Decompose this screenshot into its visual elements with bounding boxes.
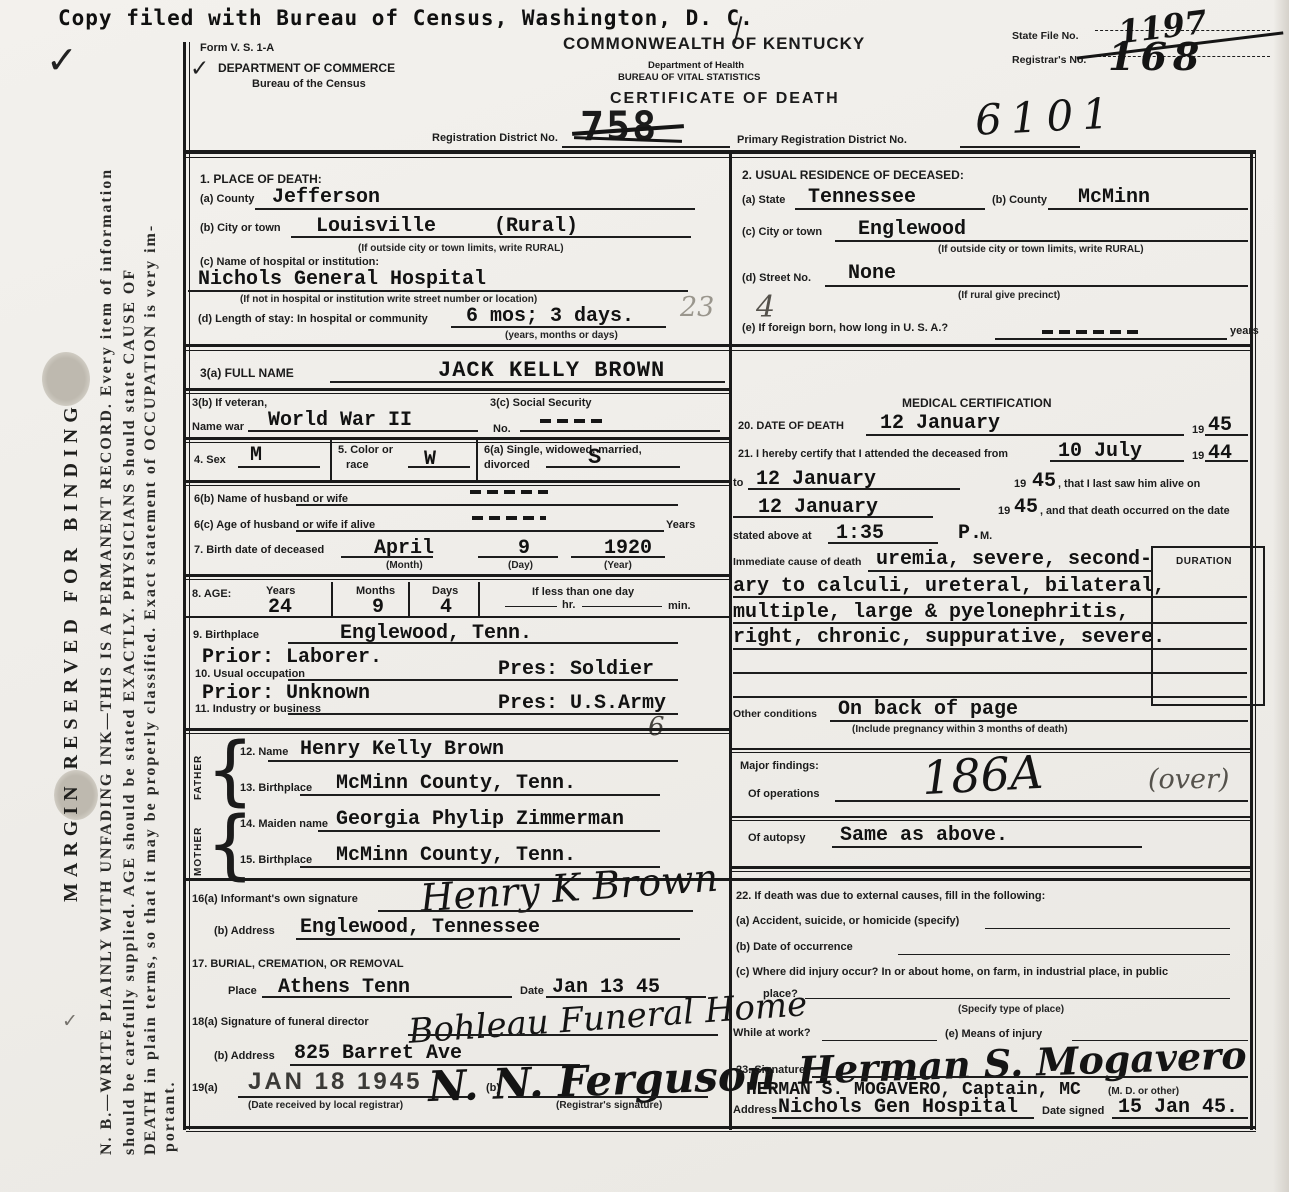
border-left-inner bbox=[189, 42, 190, 1130]
birth-year-hint: (Year) bbox=[604, 560, 632, 571]
cause-line3-value: multiple, large & pyelonephritis, bbox=[733, 601, 1129, 624]
informant-address-value: Englewood, Tennessee bbox=[300, 916, 540, 939]
stay-value: 6 mos; 3 days. bbox=[466, 305, 634, 328]
border-left-outer bbox=[183, 42, 186, 1130]
funeral-director-label: 18(a) Signature of funeral director bbox=[192, 1016, 369, 1028]
row-separator bbox=[731, 816, 1250, 818]
date-received-stamp: JAN 18 1945 bbox=[248, 1068, 422, 1096]
father-birthplace-line bbox=[300, 794, 660, 796]
reg-district-label: Registration District No. bbox=[432, 132, 558, 144]
occupation-line bbox=[288, 679, 678, 681]
attended-from-19: 19 bbox=[1192, 450, 1204, 462]
veteran-war-value: World War II bbox=[268, 409, 412, 432]
mother-name-label: 14. Maiden name bbox=[240, 818, 328, 830]
margin-note-line1: N. B.—WRITE PLAINLY WITH UNFADING INK—TH… bbox=[98, 168, 116, 1155]
registrar-no-value-handwritten: 168 bbox=[1108, 34, 1205, 79]
certify-text-1: 21. I hereby certify that I attended the… bbox=[738, 448, 1008, 460]
primary-district-value-handwritten: 6101 bbox=[974, 88, 1119, 144]
residence-city-hint: (If outside city or town limits, write R… bbox=[938, 244, 1144, 255]
external-c-hint: (Specify type of place) bbox=[958, 1004, 1064, 1015]
row-separator bbox=[186, 437, 729, 440]
street-line bbox=[825, 285, 1248, 287]
place-of-death-title: 1. PLACE OF DEATH: bbox=[200, 172, 322, 186]
funeral-director-line bbox=[408, 1034, 718, 1036]
date-of-death-line bbox=[866, 434, 1184, 436]
hospital-label: (c) Name of hospital or institution: bbox=[200, 256, 379, 268]
burial-title: 17. BURIAL, CREMATION, OR REMOVAL bbox=[192, 958, 404, 970]
duration-label: DURATION bbox=[1176, 556, 1232, 567]
age-hr-line bbox=[505, 606, 557, 607]
spouse-age-years-suffix: Years bbox=[666, 519, 695, 531]
race-line bbox=[408, 466, 470, 468]
external-a-line bbox=[985, 928, 1230, 929]
external-a-label: (a) Accident, suicide, or homicide (spec… bbox=[736, 915, 959, 927]
sex-line bbox=[238, 466, 320, 468]
residence-title: 2. USUAL RESIDENCE OF DECEASED: bbox=[742, 168, 964, 182]
attended-to-line bbox=[748, 488, 960, 490]
external-c-label2: place? bbox=[763, 988, 798, 1000]
primary-district-line bbox=[960, 146, 1080, 148]
date-of-death-19: 19 bbox=[1192, 424, 1204, 436]
of-operations-over-note: (over) bbox=[1148, 764, 1229, 795]
age-label: 8. AGE: bbox=[192, 588, 231, 600]
informant-address-label: (b) Address bbox=[214, 925, 275, 937]
cell-divider bbox=[478, 582, 480, 616]
attended-to-19: 19 bbox=[1014, 478, 1026, 490]
informant-signature-line bbox=[378, 910, 693, 912]
of-operations-value-handwritten: 186A bbox=[921, 745, 1045, 805]
physician-signature-line bbox=[812, 1076, 1248, 1078]
spouse-age-line bbox=[296, 530, 664, 532]
external-c-line bbox=[805, 998, 1230, 999]
margin-binding-note: MARGIN RESERVED FOR BINDING bbox=[60, 401, 83, 902]
marital-label: 6(a) Single, widowed, married, bbox=[484, 444, 642, 456]
physician-address-label: Address bbox=[733, 1104, 777, 1116]
cell-divider bbox=[330, 440, 332, 482]
border-top bbox=[186, 150, 1256, 154]
residence-state-line bbox=[795, 208, 985, 210]
other-conditions-label: Other conditions bbox=[733, 708, 817, 720]
informant-signature-label: 16(a) Informant's own signature bbox=[192, 893, 358, 905]
occupation-prior-value: Prior: Laborer. bbox=[202, 646, 382, 669]
county-label: (a) County bbox=[200, 193, 254, 205]
burial-place-label: Place bbox=[228, 985, 257, 997]
city-label: (b) City or town bbox=[200, 222, 281, 234]
dept-commerce: DEPARTMENT OF COMMERCE bbox=[218, 61, 395, 75]
means-of-injury-label: (e) Means of injury bbox=[945, 1028, 1042, 1040]
dept-health: Department of Health bbox=[648, 60, 744, 71]
certify-text-3: , and that death occurred on the date bbox=[1040, 505, 1230, 517]
date-signed-value: 15 Jan 45. bbox=[1118, 1096, 1238, 1119]
row-separator-inner bbox=[186, 733, 729, 734]
ssn-label: 3(c) Social Security bbox=[490, 397, 592, 409]
physician-address-value: Nichols Gen Hospital bbox=[778, 1096, 1018, 1119]
age-less-than-day-label: If less than one day bbox=[532, 586, 634, 598]
while-at-work-line bbox=[822, 1040, 937, 1041]
industry-prior-value: Prior: Unknown bbox=[202, 682, 370, 705]
row-separator-inner bbox=[186, 393, 729, 394]
mother-name-value: Georgia Phylip Zimmerman bbox=[336, 808, 624, 831]
father-brace: { bbox=[206, 732, 254, 808]
residence-city-value: Englewood bbox=[858, 218, 966, 241]
row-separator-inner bbox=[731, 820, 1250, 821]
of-autopsy-label: Of autopsy bbox=[748, 832, 805, 844]
spouse-name-line bbox=[296, 504, 678, 506]
scan-edge-shadow bbox=[1273, 0, 1289, 1192]
other-conditions-value: On back of page bbox=[838, 698, 1018, 721]
attended-from-year-line bbox=[1205, 460, 1248, 462]
certify-text-2: , that I last saw him alive on bbox=[1058, 478, 1200, 490]
industry-pres-value: Pres: U.S.Army bbox=[498, 692, 666, 715]
hospital-hint: (If not in hospital or institution write… bbox=[240, 294, 537, 305]
column-divider bbox=[729, 152, 732, 1130]
stay-label: (d) Length of stay: In hospital or commu… bbox=[198, 313, 428, 325]
time-pm-typed: P. bbox=[958, 522, 982, 545]
full-name-value: JACK KELLY BROWN bbox=[438, 358, 665, 383]
external-b-line bbox=[898, 954, 1230, 955]
street-hint: (If rural give precinct) bbox=[958, 290, 1060, 301]
residence-county-line bbox=[1048, 208, 1248, 210]
registrar-no-label: Registrar's No. bbox=[1012, 54, 1086, 66]
section-separator bbox=[186, 344, 1252, 347]
race-label2: race bbox=[346, 459, 369, 471]
commonwealth-title: COMMONWEALTH OF KENTUCKY bbox=[563, 34, 865, 54]
of-autopsy-value: Same as above. bbox=[840, 824, 1008, 847]
father-side-label: FATHER bbox=[193, 755, 204, 800]
birth-month-line bbox=[341, 556, 433, 558]
father-name-value: Henry Kelly Brown bbox=[300, 738, 504, 761]
stay-pencil-note: 23 bbox=[680, 292, 714, 323]
county-value: Jefferson bbox=[272, 186, 380, 209]
hospital-value: Nichols General Hospital bbox=[198, 268, 486, 291]
city-line bbox=[291, 236, 691, 238]
time-m-label: M. bbox=[980, 530, 992, 542]
mother-birthplace-label: 15. Birthplace bbox=[240, 854, 312, 866]
major-findings-label: Major findings: bbox=[740, 760, 819, 772]
of-autopsy-line bbox=[832, 846, 1142, 848]
stated-above-label: stated above at bbox=[733, 530, 812, 542]
copy-filed-note: Copy filed with Bureau of Census, Washin… bbox=[58, 6, 754, 30]
medical-certification-title: MEDICAL CERTIFICATION bbox=[902, 396, 1052, 410]
bureau-vital: BUREAU OF VITAL STATISTICS bbox=[618, 72, 760, 83]
other-conditions-hint: (Include pregnancy within 3 months of de… bbox=[852, 724, 1068, 735]
margin-note-line2: should be carefully supplied. AGE should… bbox=[121, 268, 139, 1155]
marital-label2: divorced bbox=[484, 459, 530, 471]
border-top-inner bbox=[186, 157, 1256, 158]
of-operations-label: Of operations bbox=[748, 788, 820, 800]
city-rural-note: (Rural) bbox=[494, 215, 578, 238]
row-separator bbox=[731, 866, 1250, 869]
sex-label: 4. Sex bbox=[194, 454, 226, 466]
cause-line2-value: ary to calculi, ureteral, bilateral, bbox=[733, 575, 1165, 598]
birthplace-label: 9. Birthplace bbox=[193, 629, 259, 641]
bureau-census: Bureau of the Census bbox=[252, 78, 366, 90]
border-bottom-inner bbox=[186, 1131, 1256, 1132]
mother-birthplace-value: McMinn County, Tenn. bbox=[336, 844, 576, 867]
row-separator bbox=[186, 616, 729, 618]
row-separator-wide bbox=[186, 878, 1252, 881]
cause-line4-value: right, chronic, suppurative, severe. bbox=[733, 626, 1165, 649]
attended-to-year: 45 bbox=[1032, 470, 1056, 493]
foreign-born-years-suffix: years bbox=[1230, 325, 1259, 337]
burial-date-label: Date bbox=[520, 985, 544, 997]
registrar-signature-line bbox=[508, 1096, 708, 1098]
city-value: Louisville bbox=[316, 215, 436, 238]
date-of-death-value: 12 January bbox=[880, 412, 1000, 435]
primary-district-label: Primary Registration District No. bbox=[737, 134, 907, 146]
birthplace-line bbox=[288, 642, 678, 644]
physician-address-line bbox=[772, 1117, 1034, 1119]
street-value: None bbox=[848, 262, 896, 285]
burial-place-line bbox=[262, 996, 512, 998]
row-separator bbox=[186, 728, 729, 731]
margin-note-line3: DEATH in plain terms, so that it may be … bbox=[142, 224, 160, 1155]
residence-city-line bbox=[835, 240, 1248, 242]
birth-day-hint: (Day) bbox=[508, 560, 533, 571]
date-received-hint: (Date received by local registrar) bbox=[248, 1100, 403, 1111]
residence-state-value: Tennessee bbox=[808, 186, 916, 209]
date-of-death-year-line bbox=[1205, 434, 1248, 436]
external-c-label1: (c) Where did injury occur? In or about … bbox=[736, 966, 1168, 978]
marital-line bbox=[546, 466, 680, 468]
row-separator bbox=[186, 388, 729, 391]
border-bottom bbox=[186, 1126, 1256, 1129]
foreign-born-dashes bbox=[1042, 330, 1140, 334]
birth-year-line bbox=[571, 556, 665, 558]
last-alive-year: 45 bbox=[1014, 496, 1038, 519]
death-certificate-scan: Copy filed with Bureau of Census, Washin… bbox=[0, 0, 1289, 1192]
foreign-born-label: (e) If foreign born, how long in U. S. A… bbox=[742, 322, 948, 334]
checkmark-pen: ✓ bbox=[190, 56, 209, 82]
physician-signature-label: 23. Signature bbox=[736, 1064, 805, 1076]
birth-month-hint: (Month) bbox=[386, 560, 423, 571]
foreign-born-line bbox=[995, 338, 1227, 340]
spouse-age-dashes bbox=[472, 516, 546, 520]
of-operations-line bbox=[835, 800, 1248, 802]
occupation-pres-value: Pres: Soldier bbox=[498, 658, 654, 681]
last-alive-19: 19 bbox=[998, 505, 1010, 517]
margin-note-line4: portant. bbox=[161, 1080, 179, 1152]
date-of-death-label: 20. DATE OF DEATH bbox=[738, 420, 844, 432]
row-separator bbox=[186, 574, 729, 577]
external-causes-title: 22. If death was due to external causes,… bbox=[736, 890, 1045, 902]
last-alive-line bbox=[733, 516, 933, 518]
funeral-address-label: (b) Address bbox=[214, 1050, 275, 1062]
age-min-label: min. bbox=[668, 600, 691, 612]
state-file-label: State File No. bbox=[1012, 30, 1079, 42]
other-conditions-line bbox=[830, 720, 1248, 722]
cell-divider bbox=[476, 440, 478, 482]
attended-from-line bbox=[1050, 460, 1184, 462]
residence-county-label: (b) County bbox=[992, 194, 1047, 206]
external-b-label: (b) Date of occurrence bbox=[736, 941, 853, 953]
race-label: 5. Color or bbox=[338, 444, 393, 456]
section-separator-inner bbox=[186, 350, 1252, 351]
father-name-line bbox=[268, 760, 678, 762]
immediate-cause-label: Immediate cause of death bbox=[733, 556, 861, 568]
birth-date-label: 7. Birth date of deceased bbox=[194, 544, 324, 556]
father-birthplace-value: McMinn County, Tenn. bbox=[336, 772, 576, 795]
row-separator-inner bbox=[731, 871, 1250, 872]
attended-to-label: to bbox=[733, 477, 743, 489]
registrar-row-label: 19(a) bbox=[192, 1082, 218, 1094]
informant-address-line bbox=[296, 938, 680, 940]
while-at-work-label: While at work? bbox=[733, 1027, 811, 1039]
industry-pen-mark: 6 bbox=[648, 712, 665, 742]
form-number: Form V. S. 1-A bbox=[200, 42, 274, 54]
date-signed-line bbox=[1112, 1117, 1248, 1119]
checkmark-pencil: ✓ bbox=[62, 1010, 78, 1032]
time-of-death-line bbox=[828, 542, 938, 544]
date-signed-label: Date signed bbox=[1042, 1105, 1104, 1117]
mother-side-label: MOTHER bbox=[193, 827, 204, 876]
sex-value: M bbox=[250, 444, 262, 467]
hospital-line bbox=[188, 290, 688, 292]
ssn-dashes bbox=[540, 419, 602, 423]
duration-box bbox=[1151, 546, 1265, 706]
residence-state-label: (a) State bbox=[742, 194, 785, 206]
residence-pen-mark: 4 bbox=[756, 290, 775, 325]
mother-name-line bbox=[318, 830, 660, 832]
street-label: (d) Street No. bbox=[742, 272, 811, 284]
residence-city-label: (c) City or town bbox=[742, 226, 822, 238]
cause-line1-value: uremia, severe, second- bbox=[876, 548, 1152, 571]
cause-line1-rule bbox=[868, 570, 1151, 572]
full-name-label: 3(a) FULL NAME bbox=[200, 366, 294, 380]
age-hr-label: hr. bbox=[562, 599, 575, 611]
father-birthplace-label: 13. Birthplace bbox=[240, 782, 312, 794]
industry-line bbox=[288, 713, 678, 715]
row-separator-inner bbox=[186, 579, 729, 580]
age-min-line bbox=[582, 606, 662, 607]
city-hint: (If outside city or town limits, write R… bbox=[358, 243, 564, 254]
checkmark-pen: ✓ bbox=[46, 38, 78, 82]
row-separator-inner bbox=[186, 442, 729, 443]
stay-line bbox=[451, 326, 666, 328]
county-line bbox=[255, 208, 695, 210]
registrar-signature-hint: (Registrar's signature) bbox=[556, 1100, 662, 1111]
full-name-line bbox=[330, 381, 725, 383]
row-separator-inner bbox=[186, 485, 729, 486]
veteran-war-line bbox=[248, 430, 478, 432]
father-name-label: 12. Name bbox=[240, 746, 288, 758]
hole-punch bbox=[42, 352, 90, 406]
ssn-no-label: No. bbox=[493, 423, 511, 435]
cell-divider bbox=[408, 582, 410, 616]
cell-divider bbox=[331, 582, 333, 616]
stay-hint: (years, months or days) bbox=[505, 330, 618, 341]
birth-day-line bbox=[478, 556, 558, 558]
ssn-line bbox=[520, 430, 720, 432]
row-separator bbox=[186, 480, 729, 483]
spouse-name-dashes bbox=[470, 490, 548, 494]
veteran-label: 3(b) If veteran, bbox=[192, 397, 267, 409]
veteran-name-war-label: Name war bbox=[192, 421, 244, 433]
residence-county-value: McMinn bbox=[1078, 186, 1150, 209]
